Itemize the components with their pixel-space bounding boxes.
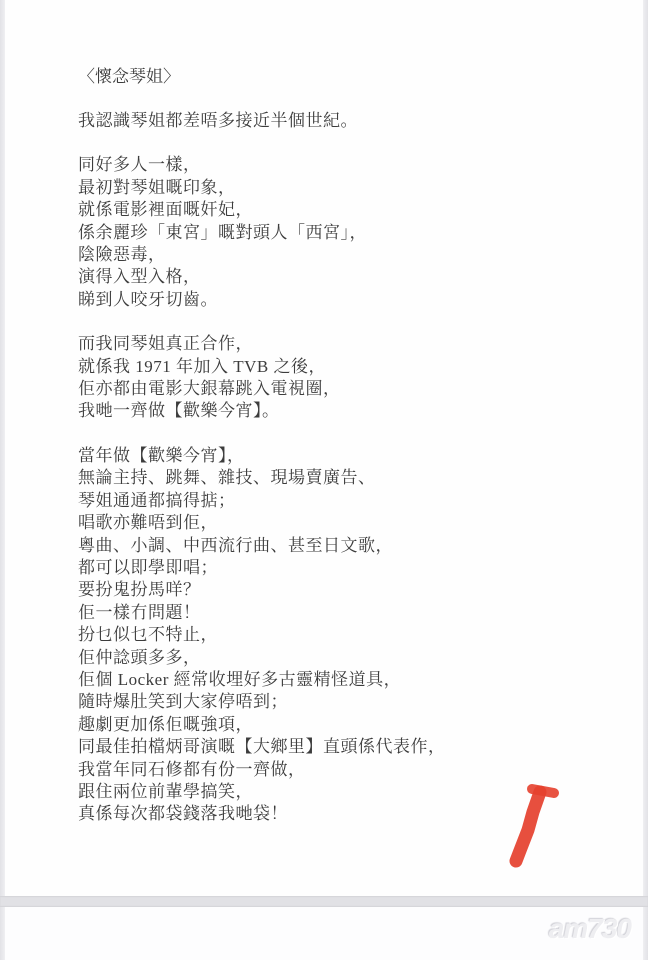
text-line: 真係每次都袋錢落我哋袋！ (78, 803, 603, 825)
text-line: 同最佳拍檔炳哥演嘅【大鄉里】直頭係代表作， (78, 736, 603, 758)
document-photo: 〈懷念琴姐〉 我認識琴姐都差唔多接近半個世紀。同好多人一樣，最初對琴姐嘅印象，就… (0, 0, 648, 960)
text-line: 當年做【歡樂今宵】， (78, 445, 603, 467)
text-line: 最初對琴姐嘅印象， (78, 177, 603, 199)
document-body: 我認識琴姐都差唔多接近半個世紀。同好多人一樣，最初對琴姐嘅印象，就係電影裡面嘅奸… (78, 110, 603, 826)
text-line: 趣劇更加係佢嘅強項， (78, 714, 603, 736)
text-line: 佢亦都由電影大銀幕跳入電視圈， (78, 378, 603, 400)
text-line: 我哋一齊做【歡樂今宵】。 (78, 400, 603, 422)
text-line: 演得入型入格， (78, 266, 603, 288)
text-line: 佢一樣冇問題！ (78, 602, 603, 624)
text-line: 唱歌亦難唔到佢， (78, 512, 603, 534)
text-line: 陰險惡毒， (78, 244, 603, 266)
paragraph: 同好多人一樣，最初對琴姐嘅印象，就係電影裡面嘅奸妃，係余麗珍「東宮」嘅對頭人「西… (78, 154, 603, 311)
page-break-divider (0, 896, 648, 907)
text-line: 睇到人咬牙切齒。 (78, 289, 603, 311)
text-line: 琴姐通通都搞得掂； (78, 490, 603, 512)
paragraph: 而我同琴姐真正合作，就係我 1971 年加入 TVB 之後，佢亦都由電影大銀幕跳… (78, 333, 603, 423)
document-page: 〈懷念琴姐〉 我認識琴姐都差唔多接近半個世紀。同好多人一樣，最初對琴姐嘅印象，就… (5, 0, 643, 896)
text-line: 而我同琴姐真正合作， (78, 333, 603, 355)
text-line: 係余麗珍「東宮」嘅對頭人「西宮」， (78, 222, 603, 244)
text-line: 我當年同石修都有份一齊做， (78, 759, 603, 781)
text-line: 佢個 Locker 經常收埋好多古靈精怪道具， (78, 669, 603, 691)
text-line: 都可以即學即唱； (78, 557, 603, 579)
text-line: 跟住兩位前輩學搞笑， (78, 781, 603, 803)
am730-watermark-logo: am730 (549, 913, 631, 945)
paragraph: 當年做【歡樂今宵】，無論主持、跳舞、雜技、現場賣廣告、琴姐通通都搞得掂；唱歌亦難… (78, 445, 603, 826)
document-page-bottom: am730 (5, 907, 643, 960)
text-line: 扮乜似乜不特止， (78, 624, 603, 646)
text-line: 我認識琴姐都差唔多接近半個世紀。 (78, 110, 603, 132)
text-line: 隨時爆肚笑到大家停唔到； (78, 691, 603, 713)
photo-right-edge (643, 0, 648, 960)
paragraph: 我認識琴姐都差唔多接近半個世紀。 (78, 110, 603, 132)
text-line: 無論主持、跳舞、雜技、現場賣廣告、 (78, 467, 603, 489)
text-line: 粵曲、小調、中西流行曲、甚至日文歌， (78, 535, 603, 557)
text-line: 要扮鬼扮馬咩？ (78, 579, 603, 601)
text-line: 就係我 1971 年加入 TVB 之後， (78, 356, 603, 378)
text-line: 同好多人一樣， (78, 154, 603, 176)
text-line: 就係電影裡面嘅奸妃， (78, 199, 603, 221)
document-title: 〈懷念琴姐〉 (78, 66, 603, 88)
text-line: 佢仲諗頭多多， (78, 647, 603, 669)
